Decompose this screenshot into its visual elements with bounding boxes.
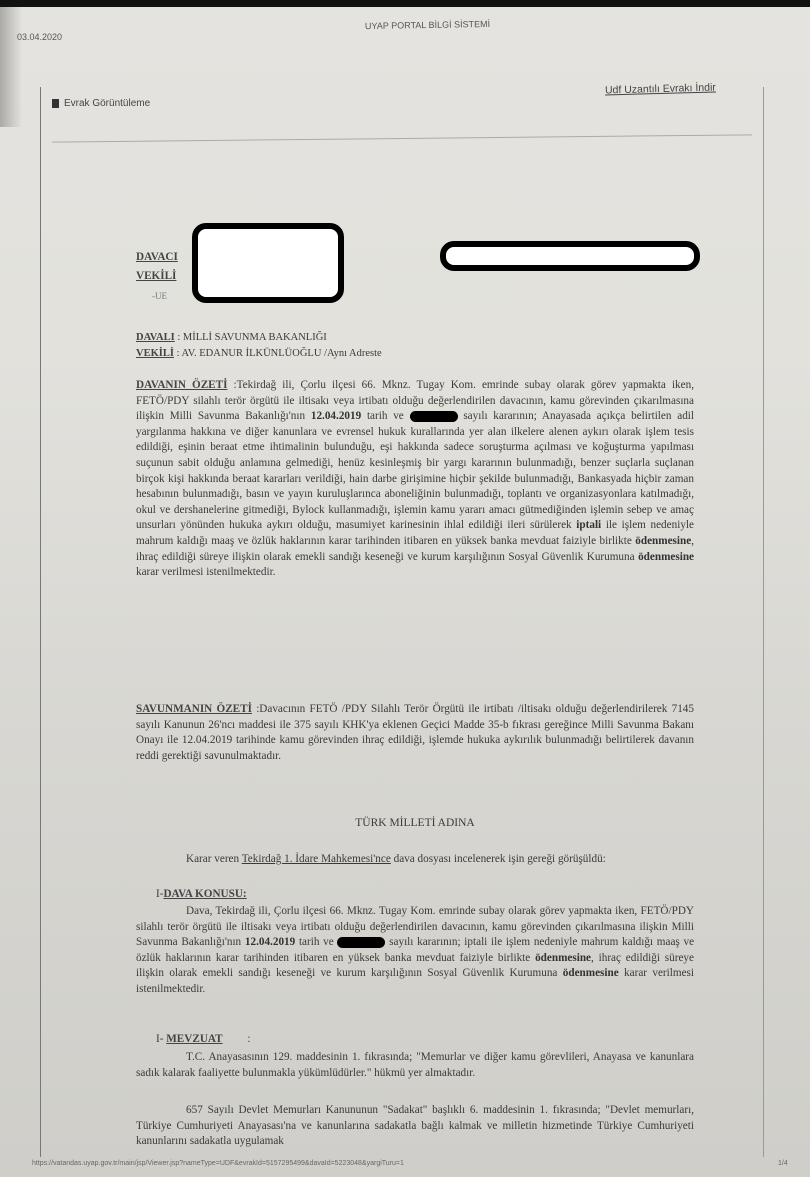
dava-konusu-text: Dava, Tekirdağ ili, Çorlu ilçesi 66. Mkn… bbox=[136, 904, 694, 998]
body-text: 657 Sayılı Devlet Memurları Kanununun "S… bbox=[136, 1103, 694, 1150]
redacted-number bbox=[410, 411, 458, 422]
savunmanin-ozeti: SAVUNMANIN ÖZETİ :Davacının FETÖ /PDY Si… bbox=[136, 702, 694, 764]
dava-konusu-label: DAVA KONUSU: bbox=[163, 888, 246, 900]
page-number: 1/4 bbox=[778, 1160, 788, 1167]
court-name: Tekirdağ 1. İdare Mahkemesi'nce bbox=[242, 853, 391, 865]
davali-label: DAVALI bbox=[136, 332, 175, 343]
davali-value: : MİLLİ SAVUNMA BAKANLIĞI bbox=[177, 332, 326, 343]
heading-turk-milleti-adina: TÜRK MİLLETİ ADINA bbox=[136, 816, 694, 832]
body-text: tarih ve bbox=[367, 410, 404, 422]
bold-term: ödenmesine bbox=[535, 952, 591, 964]
davali-vekili-label: VEKİLİ bbox=[136, 348, 174, 359]
redacted-number bbox=[337, 937, 385, 948]
redaction-box bbox=[440, 241, 700, 271]
decision-date: 12.04.2019 bbox=[245, 936, 295, 948]
dava-konusu-heading: I-DAVA KONUSU: bbox=[156, 887, 247, 903]
footer-url: https://vatandas.uyap.gov.tr/main/jsp/Vi… bbox=[32, 1160, 404, 1167]
davanin-ozeti: DAVANIN ÖZETİ :Tekirdağ ili, Çorlu ilçes… bbox=[136, 378, 694, 581]
davali-vekili-row: VEKİLİ : AV. EDANUR İLKÜNLÜOĞLU /Aynı Ad… bbox=[136, 346, 382, 362]
section-number: I- bbox=[156, 1033, 163, 1045]
davaci-label: DAVACI bbox=[136, 251, 178, 263]
body-text: karar verilmesi istenilmektedir. bbox=[136, 566, 276, 578]
vekili-label: VEKİLİ bbox=[136, 270, 176, 282]
davali-row: DAVALI : MİLLİ SAVUNMA BAKANLIĞI bbox=[136, 330, 327, 346]
document-icon bbox=[52, 99, 59, 108]
decision-date: 12.04.2019 bbox=[311, 410, 361, 422]
body-text: Karar veren bbox=[186, 853, 239, 865]
bold-term: ödenmesine bbox=[635, 535, 691, 547]
body-text: T.C. Anayasasının 129. maddesinin 1. fık… bbox=[136, 1050, 694, 1081]
mevzuat-heading: I- MEVZUAT : bbox=[156, 1032, 251, 1048]
bold-term: iptali bbox=[576, 519, 601, 531]
page-shadow bbox=[0, 7, 22, 127]
mevzuat-para-2: 657 Sayılı Devlet Memurları Kanununun "S… bbox=[136, 1103, 694, 1150]
vekili-row: VEKİLİ bbox=[136, 269, 176, 285]
davali-vekili-value: : AV. EDANUR İLKÜNLÜOĞLU /Aynı Adreste bbox=[177, 348, 382, 359]
davaci-row: DAVACI bbox=[136, 250, 178, 266]
karar-intro: Karar veren Tekirdağ 1. İdare Mahkemesi'… bbox=[136, 852, 694, 868]
body-text: tarih ve bbox=[299, 936, 334, 948]
mevzuat-label: MEVZUAT bbox=[166, 1033, 222, 1045]
davanin-ozeti-label: DAVANIN ÖZETİ bbox=[136, 379, 227, 391]
body-text: dava dosyası incelenerek işin gereği gör… bbox=[394, 853, 606, 865]
savunmanin-ozeti-label: SAVUNMANIN ÖZETİ bbox=[136, 703, 252, 715]
partial-address: -UE bbox=[152, 289, 167, 305]
section-title-text: Evrak Görüntüleme bbox=[64, 98, 150, 109]
mevzuat-suffix: : bbox=[247, 1033, 250, 1045]
section-title: Evrak Görüntüleme bbox=[52, 98, 150, 109]
body-text: sayılı kararının; Anayasada açıkça belir… bbox=[136, 410, 694, 531]
mevzuat-para-1: T.C. Anayasasının 129. maddesinin 1. fık… bbox=[136, 1050, 694, 1081]
bold-term: ödenmesine bbox=[638, 551, 694, 563]
redaction-box bbox=[192, 223, 344, 303]
bold-term: ödenmesine bbox=[563, 967, 619, 979]
print-date: 03.04.2020 bbox=[17, 32, 62, 42]
top-black-edge bbox=[0, 0, 810, 7]
